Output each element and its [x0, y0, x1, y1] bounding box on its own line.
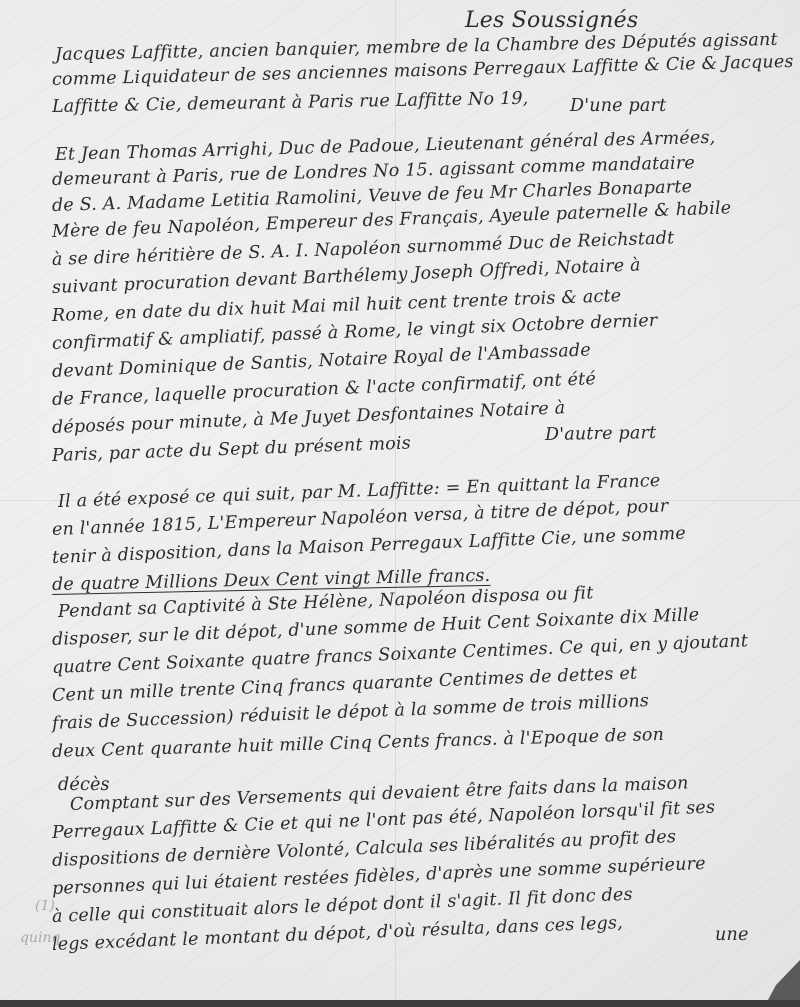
party-two-label: D'autre part: [545, 423, 657, 445]
scan-background-edge: [0, 1000, 800, 1007]
margin-note-2: quinq: [20, 930, 60, 946]
text-line-26: décès: [58, 775, 110, 795]
catchword: une: [715, 925, 749, 945]
party-one-label: D'une part: [570, 96, 666, 116]
text-line-3: Laffitte & Cie, demeurant à Paris rue La…: [52, 89, 529, 117]
text-line-15: Paris, par acte du Sept du présent mois: [52, 433, 412, 466]
margin-note-1: (1): [35, 898, 55, 914]
document-title: Les Soussignés: [465, 8, 638, 33]
manuscript-page: Les Soussignés Jacques Laffitte, ancien …: [0, 0, 800, 1000]
